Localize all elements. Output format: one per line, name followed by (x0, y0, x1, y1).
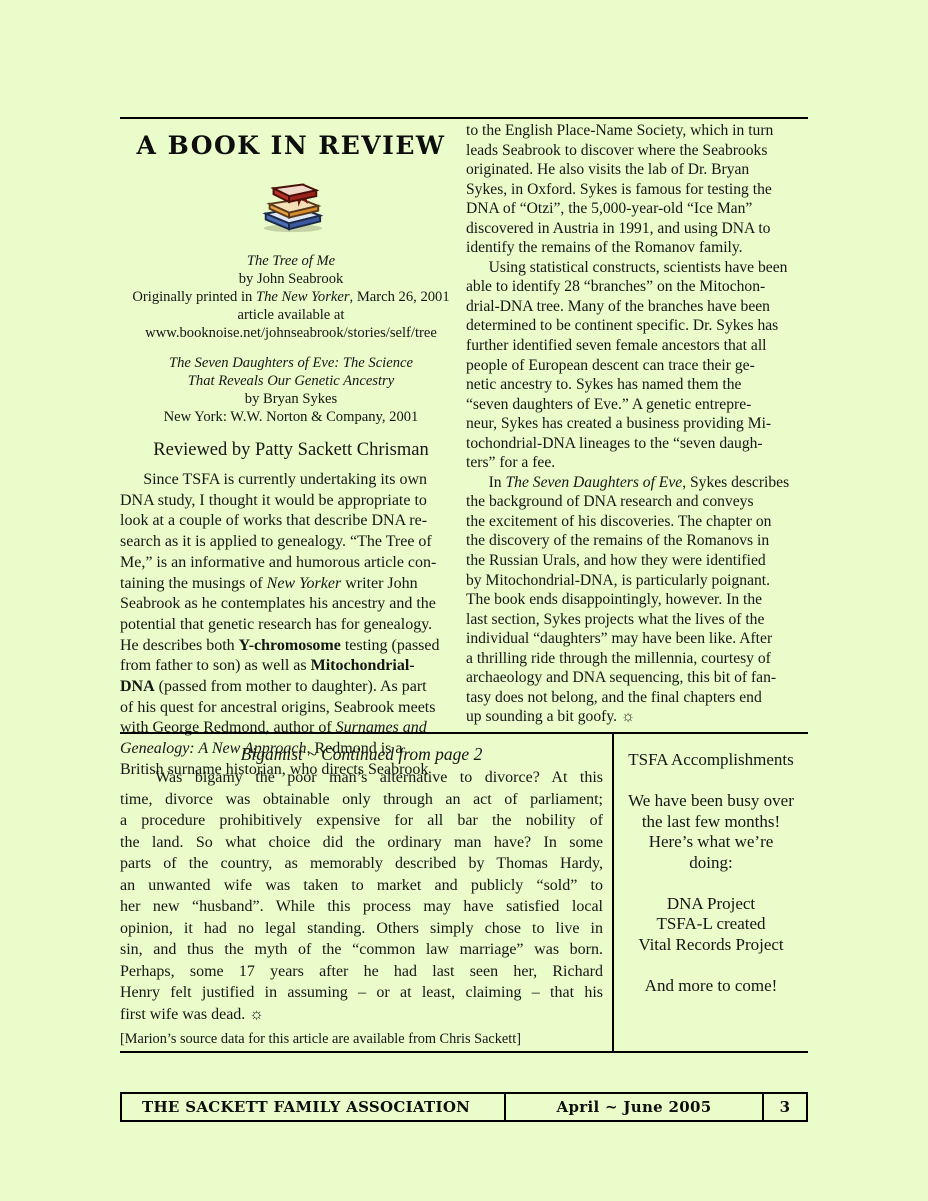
section-title: A BOOK IN REVIEW (120, 131, 462, 160)
citation-tree-of-me: The Tree of Meby John SeabrookOriginally… (120, 252, 462, 342)
bottom-rule (120, 1051, 808, 1053)
books-stack-icon (120, 167, 462, 240)
review-paragraph-2: Using statistical constructs, scientists… (466, 258, 808, 473)
source-note: [Marion’s source data for this article a… (120, 1031, 603, 1048)
footer-issue-date: April ~ June 2005 (506, 1094, 764, 1120)
bottom-section: Bigamist ~ Continued from page 2 Was big… (120, 734, 808, 1051)
review-paragraph-1: to the English Place-Name Society, which… (466, 121, 808, 258)
review-right-column: to the English Place-Name Society, which… (466, 119, 808, 781)
newsletter-page: A BOOK IN REVIEW The Tree of Meby John (0, 0, 928, 1201)
review-left-column: A BOOK IN REVIEW The Tree of Meby John (120, 119, 462, 781)
footer-association: THE SACKETT FAMILY ASSOCIATION (122, 1094, 506, 1120)
tsfa-accomplishments-box: TSFA Accomplishments We have been busy o… (614, 734, 808, 1051)
bigamist-heading: Bigamist ~ Continued from page 2 (120, 744, 603, 765)
bigamist-article: Bigamist ~ Continued from page 2 Was big… (120, 734, 612, 1051)
footer-page-number: 3 (764, 1094, 806, 1120)
citation-seven-daughters: The Seven Daughters of Eve: The ScienceT… (120, 354, 462, 426)
reviewer-byline: Reviewed by Patty Sackett Chrisman (120, 440, 462, 461)
review-section: A BOOK IN REVIEW The Tree of Meby John (120, 119, 808, 781)
review-paragraph-3: In The Seven Daughters of Eve, Sykes des… (466, 473, 808, 727)
page-footer: THE SACKETT FAMILY ASSOCIATION April ~ J… (120, 1092, 808, 1122)
bigamist-body: Was bigamy the poor man’s alternative to… (120, 767, 603, 1025)
